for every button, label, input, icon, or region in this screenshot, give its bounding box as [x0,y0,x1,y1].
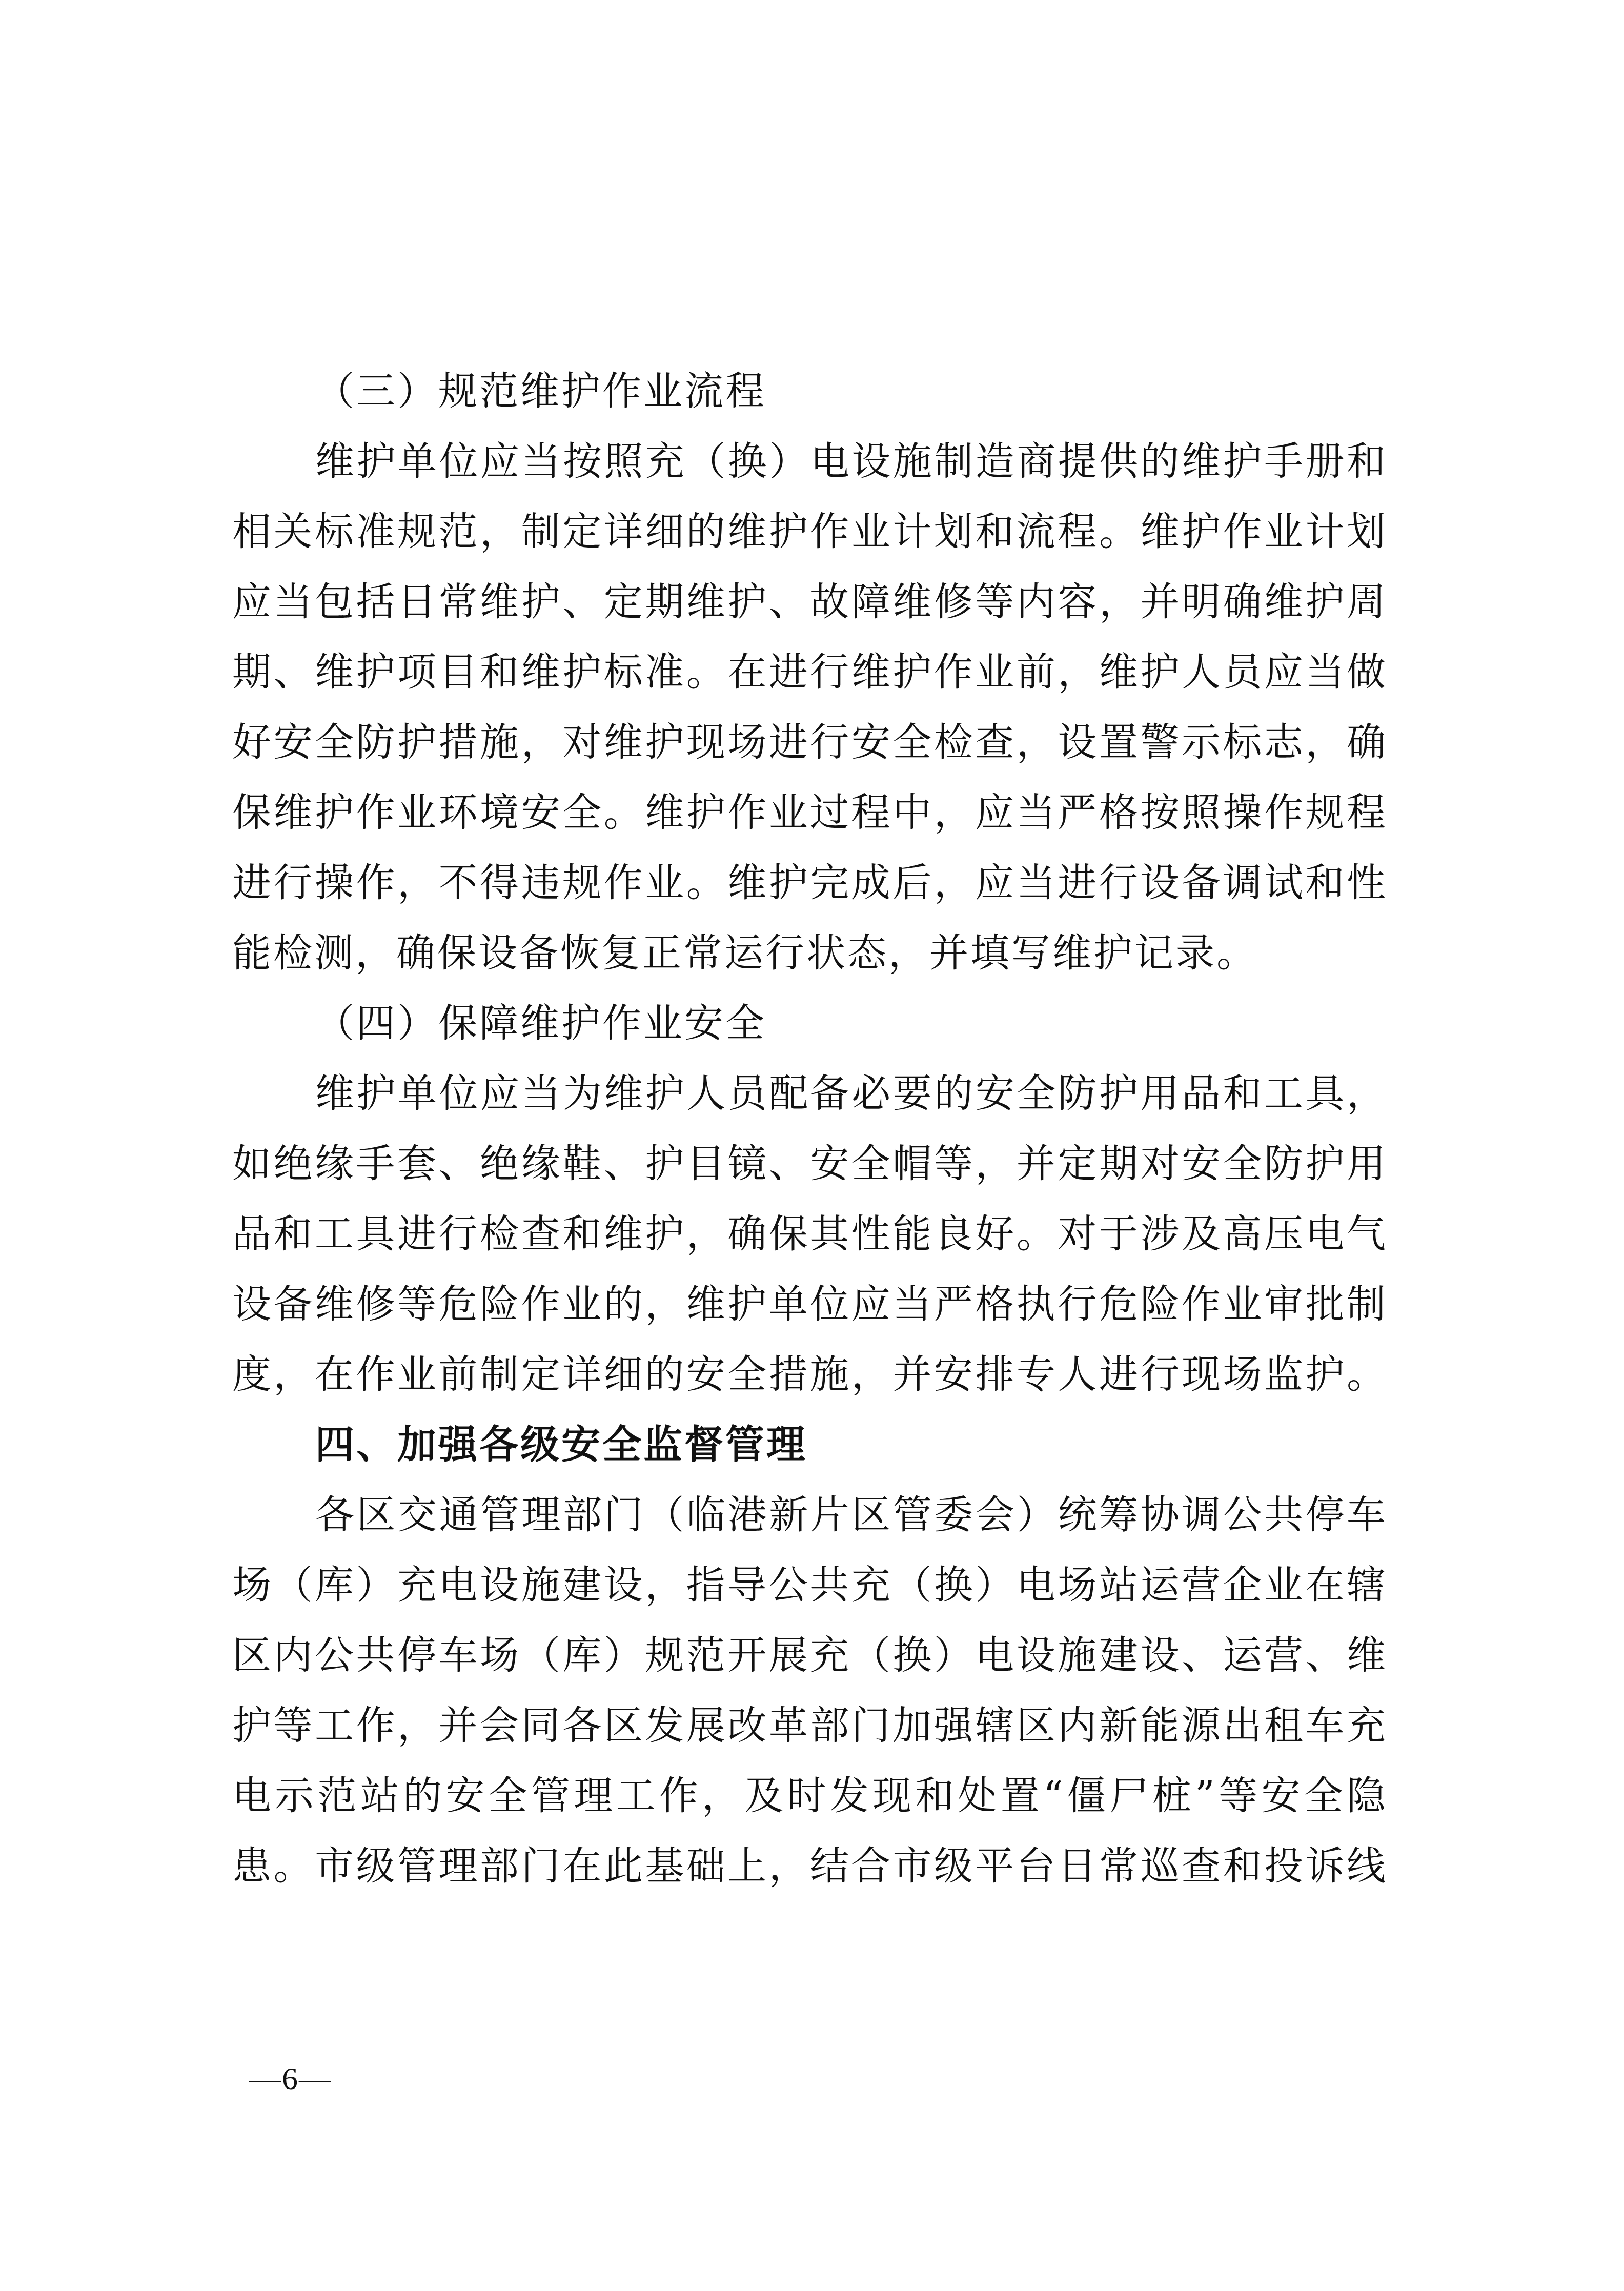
main-heading-4: 四、加强各级安全监督管理 [232,1409,1386,1479]
document-page: （三）规范维护作业流程 维护单位应当按照充（换）电设施制造商提供的维护手册和 相… [0,0,1624,2291]
paragraph-line: 各区交通管理部门（临港新片区管委会）统筹协调公共停车 [232,1479,1386,1550]
document-body: （三）规范维护作业流程 维护单位应当按照充（换）电设施制造商提供的维护手册和 相… [232,356,1386,1901]
paragraph-line: 期、维护项目和维护标准。在进行维护作业前，维护人员应当做 [232,637,1386,707]
paragraph-line: 进行操作，不得违规作业。维护完成后，应当进行设备调试和性 [232,847,1386,918]
paragraph-line: 区内公共停车场（库）规范开展充（换）电设施建设、运营、维 [232,1620,1386,1690]
paragraph-line: 维护单位应当为维护人员配备必要的安全防护用品和工具， [232,1058,1386,1128]
paragraph-line: 相关标准规范，制定详细的维护作业计划和流程。维护作业计划 [232,496,1386,566]
paragraph-line: 患。市级管理部门在此基础上，结合市级平台日常巡查和投诉线 [232,1831,1386,1901]
paragraph-line: 护等工作，并会同各区发展改革部门加强辖区内新能源出租车充 [232,1690,1386,1760]
paragraph-line: 应当包括日常维护、定期维护、故障维修等内容，并明确维护周 [232,566,1386,637]
page-number: —6— [249,2056,332,2102]
paragraph-line: 品和工具进行检查和维护，确保其性能良好。对于涉及高压电气 [232,1199,1386,1269]
paragraph-line: 能检测，确保设备恢复正常运行状态，并填写维护记录。 [232,918,1386,988]
paragraph-line: 好安全防护措施，对维护现场进行安全检查，设置警示标志，确 [232,707,1386,777]
paragraph-line: 度，在作业前制定详细的安全措施，并安排专人进行现场监护。 [232,1339,1386,1409]
paragraph-line: 保维护作业环境安全。维护作业过程中，应当严格按照操作规程 [232,777,1386,847]
section-heading-3: （三）规范维护作业流程 [232,356,1386,426]
paragraph-line: 场（库）充电设施建设，指导公共充（换）电场站运营企业在辖 [232,1550,1386,1620]
section-heading-4: （四）保障维护作业安全 [232,988,1386,1058]
paragraph-line: 电示范站的安全管理工作，及时发现和处置“僵尸桩”等安全隐 [232,1760,1386,1831]
paragraph-line: 如绝缘手套、绝缘鞋、护目镜、安全帽等，并定期对安全防护用 [232,1128,1386,1199]
paragraph-line: 维护单位应当按照充（换）电设施制造商提供的维护手册和 [232,426,1386,496]
paragraph-line: 设备维修等危险作业的，维护单位应当严格执行危险作业审批制 [232,1269,1386,1339]
